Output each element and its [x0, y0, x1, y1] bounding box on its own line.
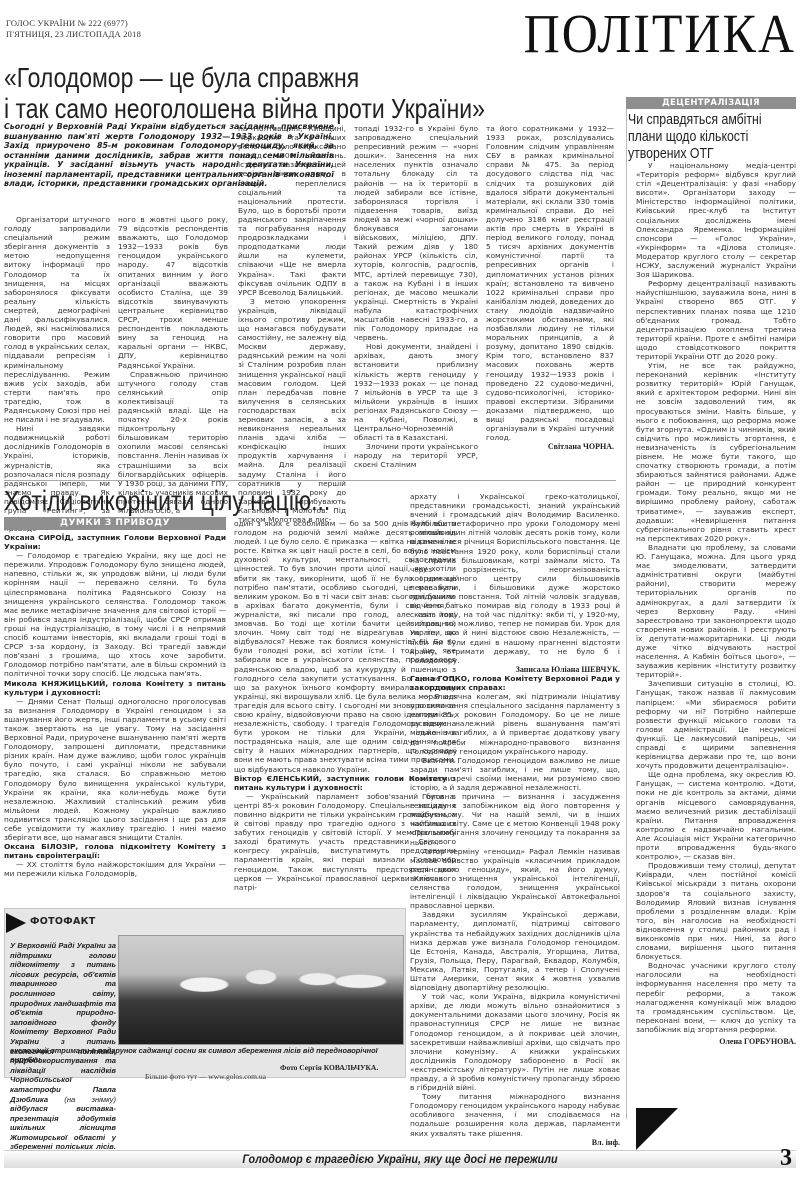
paragraph: ного в жовтні цього року, 79 відсотків р… [118, 215, 228, 370]
photo-credit: Фото Сергія КОВАЛЬЧУКА. [280, 1063, 378, 1072]
paragraph: Організатори штучного голоду запровадили… [4, 215, 110, 424]
paragraph: Реформу децентралізації називають найусп… [636, 279, 796, 361]
article1-column-2: ного в жовтні цього року, 79 відсотків р… [118, 215, 228, 515]
article1-column-4: топаді 1932-го в Україні було запровадже… [354, 124, 478, 470]
photofact-text-main: У Верховній Раді України за підтримки го… [10, 941, 116, 1104]
interview-credit: Записала Юліана ШЕВЧУК. [410, 665, 620, 674]
footer-quote: Голодомор є трагедією України, яку ще до… [40, 1152, 760, 1166]
section-rubric: ПОЛІТИКА [524, 6, 796, 61]
paragraph: Завдяки зусиллям Української держави, па… [410, 910, 620, 992]
paragraph: — Днями Сенат Польщі одноголосно проголо… [4, 697, 226, 843]
speaker-name: Микола КНЯЖИЦЬКИЙ, голова Комітету з пит… [4, 679, 226, 697]
paragraph: — Голодомор є трагедією України, яку ще … [4, 551, 226, 678]
paragraph: У національному медіа-центрі «Територія … [636, 161, 796, 279]
publication-date: П'ЯТНИЦЯ, 23 ЛИСТОПАДА 2018 [6, 29, 141, 40]
paragraph: — XX століття було найжорстокішим для Ук… [4, 860, 226, 878]
paragraph: архату і Української греко-католицької, … [410, 492, 620, 665]
paragraph: Продовживши тему столиці, депутат Київра… [636, 861, 796, 961]
headline-line1: «Голодомор — це була справжня [4, 62, 611, 93]
page-number: 3 [780, 1146, 792, 1170]
paragraph: та його соратниками у 1932—1933 роках, р… [486, 124, 614, 442]
corner-triangle-decoration [636, 1108, 678, 1150]
sidebar-title: Чи справдяться амбітні плани щодо кілько… [628, 111, 796, 162]
paragraph: — Я вдячна колегам, які підтримали ініці… [410, 692, 620, 756]
sidebar-tag: ДЕЦЕНТРАЛІЗАЦІЯ [626, 97, 796, 109]
photofact-note: (на знімку) [64, 1095, 116, 1104]
paragraph: Визнати Голодомор геноцидом важливо не л… [410, 756, 620, 792]
photofact-arrow-icon [6, 913, 26, 933]
headline-line2: і так само неоголошена війна проти Украї… [4, 93, 611, 124]
article1-column-3: на Полтавщині, Київщині, Черкащині та в … [238, 124, 346, 524]
publication-issue: ГОЛОС УКРАЇНИ № 222 (6977) [6, 18, 141, 29]
photofact-caption: експозиції отримали в подарунок саджанці… [10, 1046, 402, 1064]
more-photos-link[interactable]: Більше фото тут — www.golos.com.ua [145, 1072, 266, 1081]
paragraph: Утім, не все так райдужно, переконаний к… [636, 361, 796, 543]
paragraph: Ще одна проблема, яку окреслив Ю. Гануща… [636, 770, 796, 861]
article1-headline: «Голодомор — це була справжня і так само… [4, 62, 611, 124]
paragraph: Автор терміну «геноцид» Рафал Лемкін наз… [410, 847, 620, 911]
masthead-meta: ГОЛОС УКРАЇНИ № 222 (6977) П'ЯТНИЦЯ, 23 … [6, 18, 141, 40]
paragraph: Зачепивши ситуацію в столиці, Ю. Ганущак… [636, 679, 796, 770]
paragraph: Злочини проти українського народу на тер… [354, 442, 478, 469]
article1-author: Світлана ЧОРНА. [486, 442, 614, 451]
paragraph: Нові документи, знайдені і архівах, дают… [354, 342, 478, 442]
paragraph: Владнати цю проблему, за словами Ю. Гану… [636, 543, 796, 679]
sidebar-author: Олена ГОРБУНОВА. [636, 1037, 796, 1046]
photofact-label: ФОТОФАКТ [30, 916, 95, 927]
photo-exhibition-visitors [118, 935, 404, 1045]
article-divider [4, 480, 616, 481]
speaker-name: Оксана БІЛОЗІР, голова підкомітету Коміт… [4, 842, 226, 860]
sidebar-body: У національному медіа-центрі «Територія … [636, 161, 796, 1046]
article2-headline: Хотіли викорінити цілу націю... [4, 485, 330, 517]
paragraph: Головна причина — визнання і засудження … [410, 792, 620, 847]
article2-column-3: архату і Української греко-католицької, … [410, 492, 620, 1147]
article1-column-5: та його соратниками у 1932—1933 роках, р… [486, 124, 614, 451]
paragraph: У той час, коли Україна, відкрила комуні… [410, 992, 620, 1092]
opinion-tag: ДУМКИ З ПРИВОДУ [4, 517, 226, 530]
paragraph: Водночас учасники круглого столу наголос… [636, 961, 796, 1034]
article2-column-1: Оксана СИРОЇД, заступник Голови Верховно… [4, 533, 226, 879]
paragraph: Тому питання міжнародного визнання Голод… [410, 1092, 620, 1137]
paragraph: топаді 1932-го в Україні було запровадже… [354, 124, 478, 342]
article2-source: Вл. інф. [410, 1138, 620, 1147]
speaker-name: Ганна ГОПКО, голова Комітету Верховної Р… [410, 674, 620, 692]
paragraph: на Полтавщині, Київщині, Черкащині та в … [238, 124, 346, 297]
speaker-name: Оксана СИРОЇД, заступник Голови Верховно… [4, 533, 226, 551]
